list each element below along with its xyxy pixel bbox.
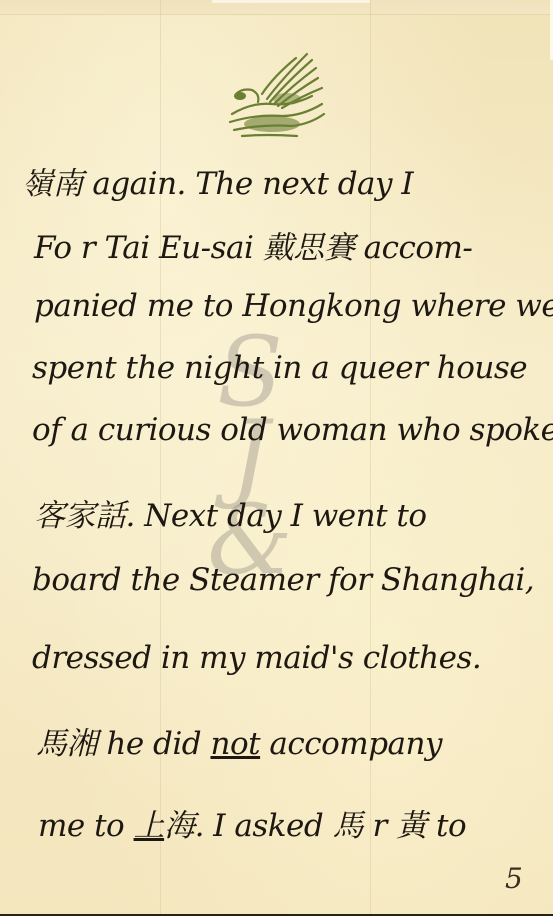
dove-icon xyxy=(212,44,332,154)
text-line: Fo r Tai Eu-sai 戴思賽 accom- xyxy=(34,222,553,267)
text-line: dressed in my maid's clothes. xyxy=(32,640,553,676)
underlined-word: 上 xyxy=(134,808,165,844)
paper-notch xyxy=(212,0,370,3)
text-line: spent the night in a queer house xyxy=(32,350,553,386)
text-line: 客家話. Next day I went to xyxy=(34,490,553,535)
text-segment: me to xyxy=(38,808,134,844)
text-line: of a curious old woman who spoke xyxy=(32,412,553,448)
text-segment: 馬湘 he did xyxy=(36,726,210,762)
fold-line xyxy=(370,0,371,914)
underlined-word: not xyxy=(210,726,260,762)
page-number: 5 xyxy=(505,862,523,895)
text-line: 馬湘 he did not accompany xyxy=(36,718,553,763)
fold-line xyxy=(160,0,161,914)
text-line: board the Steamer for Shanghai, xyxy=(32,562,553,598)
text-segment: 海. I asked 馬 r 黃 to xyxy=(164,808,466,844)
text-segment: accompany xyxy=(260,726,442,762)
letter-page: S J & 嶺南 again. The next day I Fo r Tai … xyxy=(0,0,553,914)
text-line: me to 上海. I asked 馬 r 黃 to xyxy=(38,800,553,845)
text-line: panied me to Hongkong where we xyxy=(34,288,553,324)
text-line: 嶺南 again. The next day I xyxy=(22,158,553,203)
